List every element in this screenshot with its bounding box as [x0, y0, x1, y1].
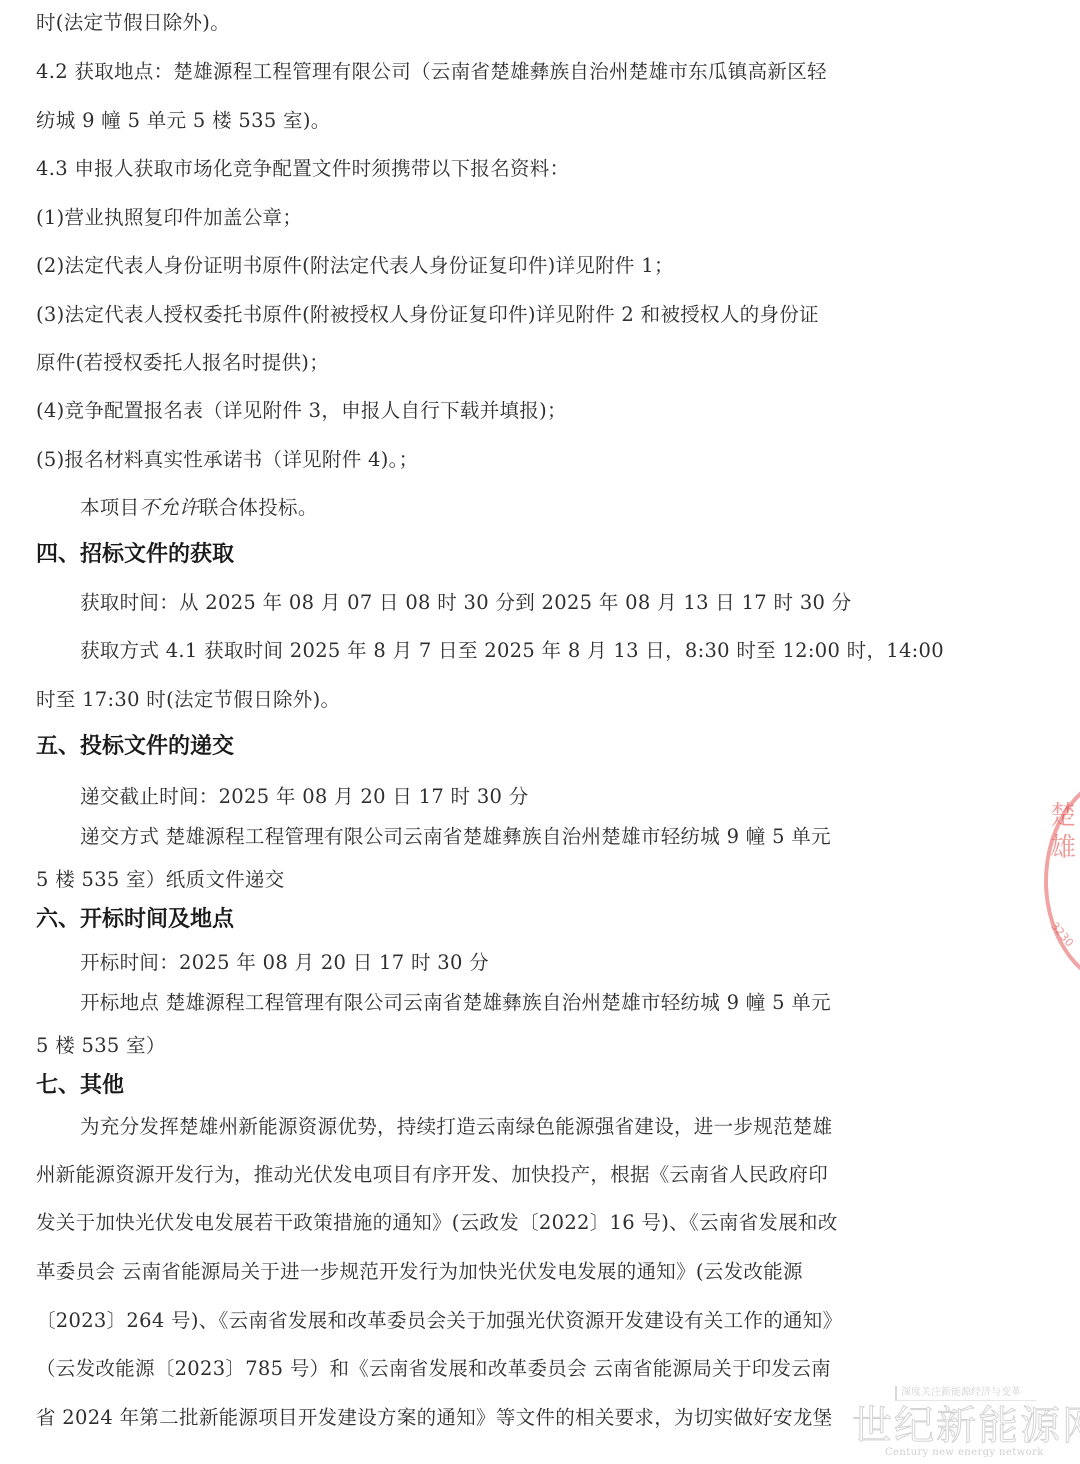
- list-item-2: (2)法定代表人身份证明书原件(附法定代表人身份证复印件)详见附件 1；: [36, 253, 674, 279]
- watermark-tagline: 深度关注新能源经济与变革: [895, 1386, 1036, 1401]
- text-line: 时(法定节假日除外)。: [36, 10, 230, 36]
- list-item-4: (4)竞争配置报名表（详见附件 3，申报人自行下载并填报)；: [36, 398, 567, 424]
- list-item-1: (1)营业执照复印件加盖公章；: [36, 205, 302, 231]
- opening-place-cont: 5 楼 535 室）: [36, 1033, 166, 1059]
- paragraph-line: 革委员会 云南省能源局关于进一步规范开发行为加快光伏发电发展的通知》(云发改能源: [36, 1259, 803, 1285]
- section-heading-6: 六、开标时间及地点: [36, 906, 234, 934]
- opening-time: 开标时间：2025 年 08 月 20 日 17 时 30 分: [80, 950, 489, 976]
- acquire-time: 获取时间：从 2025 年 08 月 07 日 08 时 30 分到 2025 …: [80, 590, 852, 616]
- opening-place: 开标地点 楚雄源程工程管理有限公司云南省楚雄彝族自治州楚雄市轻纺城 9 幢 5 …: [80, 990, 831, 1016]
- section-heading-4: 四、招标文件的获取: [36, 541, 234, 569]
- consortium-note-emphasis: 不允许: [139, 496, 198, 519]
- paragraph-line: 〔2023〕264 号)、《云南省发展和改革委员会关于加强光伏资源开发建设有关工…: [36, 1308, 842, 1334]
- paragraph-line: （云发改能源〔2023〕785 号）和《云南省发展和改革委员会 云南省能源局关于…: [36, 1356, 831, 1382]
- submission-method-cont: 5 楼 535 室）纸质文件递交: [36, 867, 285, 893]
- list-item-3: (3)法定代表人授权委托书原件(附被授权人身份证复印件)详见附件 2 和被授权人…: [36, 302, 819, 328]
- acquire-method-cont: 时至 17:30 时(法定节假日除外)。: [36, 687, 340, 713]
- section-heading-5: 五、投标文件的递交: [36, 733, 234, 761]
- list-item-5: (5)报名材料真实性承诺书（详见附件 4)。；: [36, 447, 419, 473]
- consortium-note-post: 联合体投标。: [199, 496, 318, 519]
- text-line-acquire-place: 4.2 获取地点：楚雄源程工程管理有限公司（云南省楚雄彝族自治州楚雄市东瓜镇高新…: [36, 59, 827, 85]
- text-line: 纺城 9 幢 5 单元 5 楼 535 室)。: [36, 108, 331, 134]
- submission-method: 递交方式 楚雄源程工程管理有限公司云南省楚雄彝族自治州楚雄市轻纺城 9 幢 5 …: [80, 824, 831, 850]
- watermark-subtitle: Century new energy network: [885, 1447, 1044, 1458]
- submission-deadline: 递交截止时间：2025 年 08 月 20 日 17 时 30 分: [80, 784, 529, 810]
- section-heading-7: 七、其他: [36, 1072, 124, 1100]
- list-item-3-cont: 原件(若授权委托人报名时提供)；: [36, 350, 329, 376]
- seal-text: 楚雄: [1050, 800, 1080, 864]
- paragraph-line: 省 2024 年第二批新能源项目开发建设方案的通知》等文件的相关要求，为切实做好…: [36, 1405, 832, 1431]
- consortium-note: 本项目不允许联合体投标。: [80, 495, 318, 521]
- consortium-note-pre: 本项目: [80, 496, 139, 519]
- watermark-logo: 世纪新能源网: [852, 1404, 1080, 1448]
- paragraph-line: 为充分发挥楚雄州新能源资源优势，持续打造云南绿色能源强省建设，进一步规范楚雄: [80, 1114, 832, 1140]
- text-line-required-materials: 4.3 申报人获取市场化竞争配置文件时须携带以下报名资料：: [36, 156, 569, 182]
- document-page: 时(法定节假日除外)。 4.2 获取地点：楚雄源程工程管理有限公司（云南省楚雄彝…: [0, 0, 1080, 1464]
- acquire-method: 获取方式 4.1 获取时间 2025 年 8 月 7 日至 2025 年 8 月…: [80, 638, 944, 664]
- paragraph-line: 州新能源资源开发行为，推动光伏发电项目有序开发、加快投产，根据《云南省人民政府印: [36, 1162, 828, 1188]
- paragraph-line: 发关于加快光伏发电发展若干政策措施的通知》(云政发〔2022〕16 号)、《云南…: [36, 1210, 838, 1236]
